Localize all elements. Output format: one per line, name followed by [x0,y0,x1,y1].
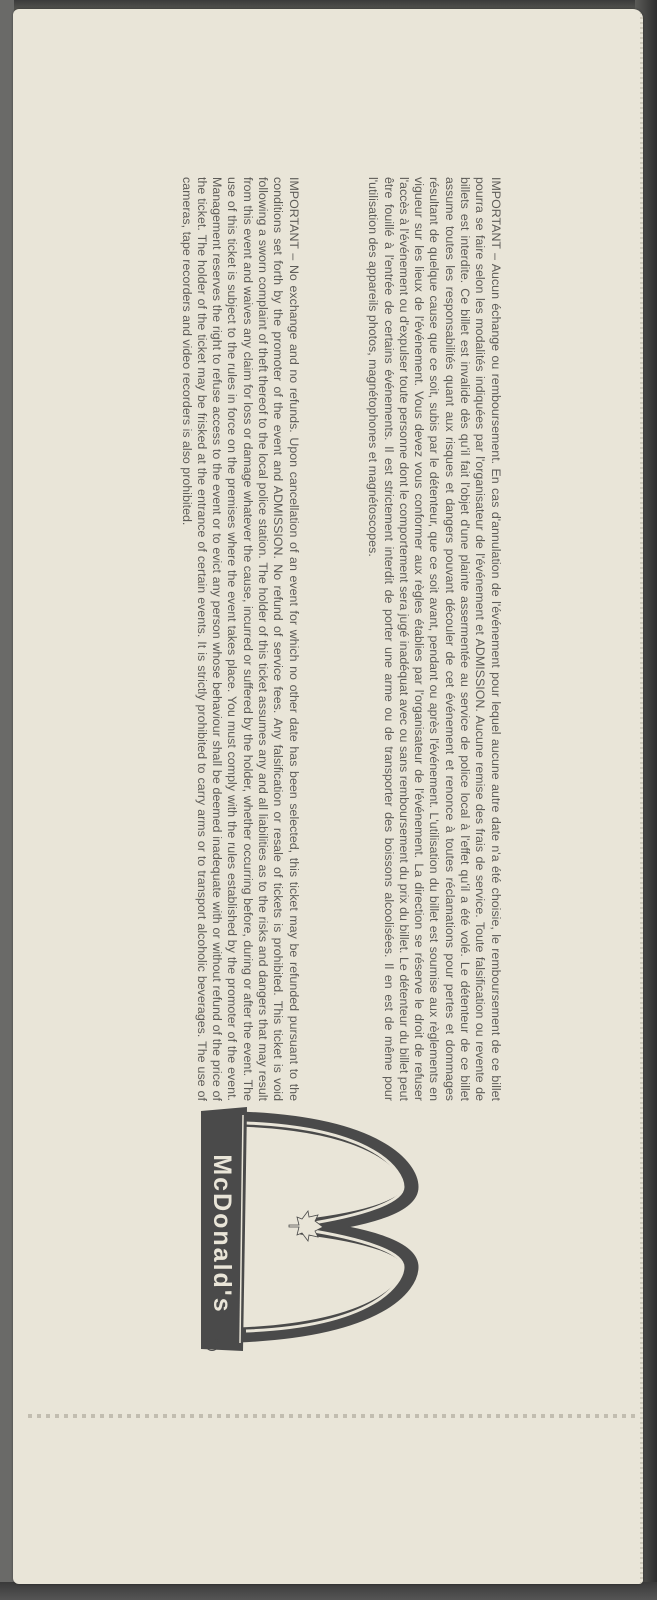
mcdonalds-logo: McDonald's [201,1099,451,1359]
brand-name: McDonald's [207,1119,237,1349]
ticket-content-rotated: IMPORTANT – Aucun échange ou rembourseme… [13,9,643,1584]
terms-english: IMPORTANT – No exchange and no refunds. … [178,177,300,1101]
terms-french: IMPORTANT – Aucun échange ou rembourseme… [365,177,503,1101]
background-surface [0,0,14,1600]
background-surface [0,1582,657,1600]
golden-arches-maple-leaf-icon [201,1099,451,1359]
ticket: IMPORTANT – Aucun échange ou rembourseme… [13,9,643,1584]
registered-trademark: R [205,1337,219,1351]
perforation-line [23,1414,635,1418]
